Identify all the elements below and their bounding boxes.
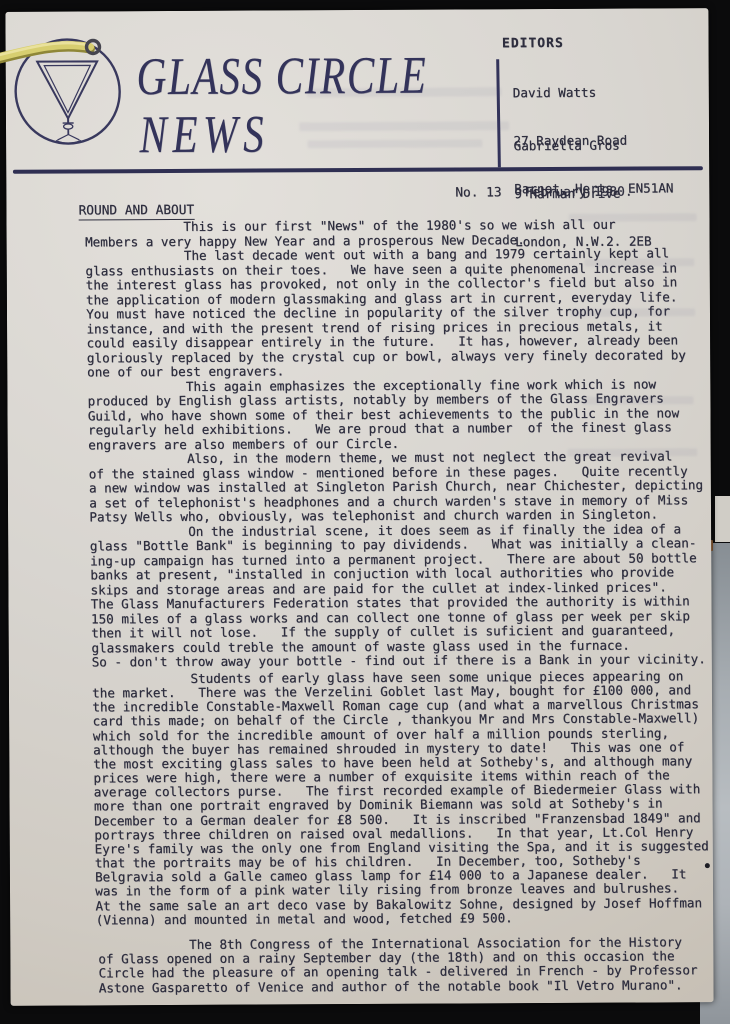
masthead-title-line2: NEWS <box>139 104 270 165</box>
article-block-round-and-about: This is our first "News" of the 1980's s… <box>85 217 706 670</box>
show-through-smudge <box>307 139 482 148</box>
photo-background: GLASS CIRCLE NEWS EDITORS David Watts 27… <box>0 0 730 1024</box>
editors-label: EDITORS <box>502 36 564 51</box>
editor-name: Gabriella Gros <box>513 137 650 154</box>
ink-speck <box>705 863 710 868</box>
issue-date-line: No. 13 February 1980. <box>455 185 632 201</box>
article-block-congress: The 8th Congress of the International As… <box>98 935 698 995</box>
show-through-smudge <box>307 87 502 97</box>
show-through-smudge <box>581 396 693 405</box>
section-heading: ROUND AND ABOUT <box>78 203 194 221</box>
masthead-vertical-rule <box>496 59 500 167</box>
binding-string-icon <box>0 0 145 85</box>
show-through-smudge <box>584 258 694 267</box>
newsletter-page: GLASS CIRCLE NEWS EDITORS David Watts 27… <box>5 8 713 1006</box>
show-through-smudge <box>567 448 697 457</box>
article-block-market-news: Students of early glass have seen some u… <box>92 669 710 927</box>
back-sheet-edge <box>715 496 730 542</box>
editor-name: David Watts <box>513 84 672 101</box>
show-through-smudge <box>569 213 697 222</box>
show-through-smudge <box>299 121 509 131</box>
masthead-title-line1: GLASS CIRCLE <box>136 46 428 108</box>
show-through-smudge <box>570 308 695 317</box>
